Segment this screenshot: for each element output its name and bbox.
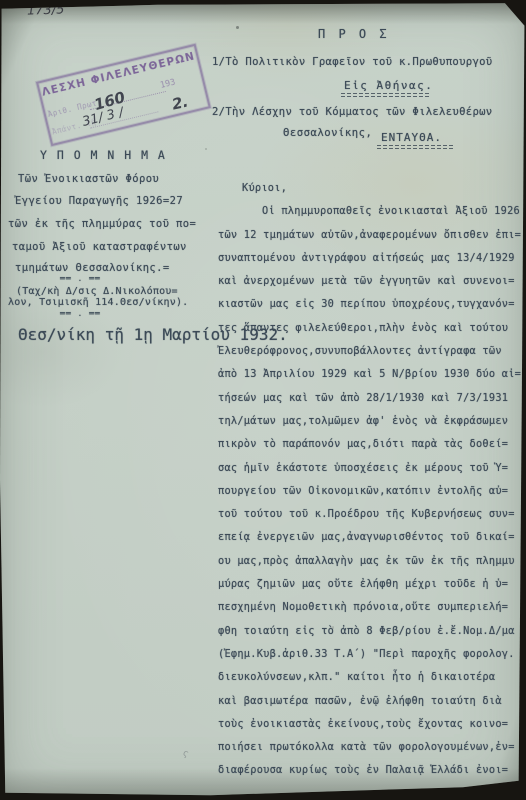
body-line: καὶ ἀνερχομένων μετὰ τῶν ἐγγυητῶν καὶ συ… xyxy=(218,275,524,298)
body-line: Οἱ πλημμυροπαθεῖς ἐνοικιασταὶ Ἀξιοῦ 1926 xyxy=(218,205,524,228)
body-line: ἀπὸ 13 Ἀπριλίου 1929 καὶ 5 Ν/βρίου 1930 … xyxy=(218,368,524,391)
pencil-mark: ς xyxy=(181,748,190,759)
memo-heading-line: ταμοῦ Ἀξιοῦ καταστραφέντων xyxy=(12,241,187,253)
memo-heading-line: Ἐγγείου Παραγωγῆς 1926=27 xyxy=(15,195,183,207)
addressee-heading: Π Ρ Ο Σ xyxy=(318,27,390,41)
body-line: τῶν 12 τμημάτων αὐτῶν,ἀναφερομένων ὄπισθ… xyxy=(218,229,524,252)
body-line: τηλ/μάτων μας,τολμῶμεν ἀφ' ἑνὸς νὰ ἐκφρά… xyxy=(218,415,524,438)
typed-divider: ══ . ══ xyxy=(60,274,101,283)
body-line: μύρας ζημιῶν μας οὔτε ἐλήφθη μέχρι τοῦδε… xyxy=(218,578,524,601)
addressee-1-place: Εἰς Ἀθήνας. xyxy=(344,79,433,92)
body-line: διαφέρουσα κυρίως τοὺς ἐν Παλαιᾷ Ἑλλάδι … xyxy=(218,764,524,787)
addressee-2: 2/Τὴν Λέσχην τοῦ Κόμματος τῶν Φιλελευθέρ… xyxy=(212,106,492,118)
underline xyxy=(341,93,429,99)
body-line: επείᾳ ἐνεργειῶν μας,ἀναγνωρισθέντος τοῦ … xyxy=(218,531,524,554)
body-line: φθη τοιαύτη εἰς τὸ ἀπὸ 8 Φεβ/ρίου ἐ.ἔ.Νο… xyxy=(218,625,524,648)
stamp-year-printed: 193 xyxy=(159,78,176,91)
typed-divider: ══ . ══ xyxy=(60,309,101,318)
underline xyxy=(377,145,453,151)
memo-heading-line: τμημάτων Θεσσαλονίκης.= xyxy=(15,262,170,274)
body-line: τες ἅπαντες φιλελεύθεροι,πλὴν ἑνὸς καὶ τ… xyxy=(218,322,524,345)
body-line: πικρὸν τὸ παράπονόν μας,διότι παρὰ τὰς δ… xyxy=(218,438,524,461)
body-line: πεσχημένη Νομοθετικὴ πρόνοια,οὔτε συμπερ… xyxy=(218,601,524,624)
body-line: τοῦ τούτου τοῦ κ.Προέδρου τῆς Κυβερνήσεω… xyxy=(218,508,524,531)
body-line: Ἐλευθερόφρονος,συνυποβάλλοντες ἀντίγραφα… xyxy=(218,345,524,368)
body-line: κιαστῶν μας εἰς 30 περίπου ὑποχρέους,τυγ… xyxy=(218,298,524,321)
addressee-2-city: Θεσσαλονίκης, xyxy=(283,127,372,139)
document-page: 173/5 ΛΕΣΧΗ ΦΙΛΕΛΕΥΘΕΡΩΝ Ἀριθ. Πρωτ. 193… xyxy=(0,0,526,800)
body-text-column: Κύριοι, Οἱ πλημμυροπαθεῖς ἐνοικιασταὶ Ἀξ… xyxy=(218,182,524,788)
memo-address-line: λον, Τσιμισκῆ 114.Θεσ/νίκην). xyxy=(8,297,188,308)
handwritten-file-number: 173/5 xyxy=(27,2,65,18)
body-line: συναπτομένου ἀντιγράφου αἰτήσεώς μας 13/… xyxy=(218,252,524,275)
body-line: καὶ βασιμωτέρα πασῶν, ἐνῷ ἐλήφθη τοιαύτη… xyxy=(218,695,524,718)
memo-heading-line: Τῶν Ἐνοικιαστῶν Φόρου xyxy=(18,173,159,185)
body-line: σας ἡμῖν ἑκάστοτε ὑποσχέσεις ἐκ μέρους τ… xyxy=(218,462,524,485)
body-line: πουργείου τῶν Οἰκονομικῶν,κατόπιν ἐντολῆ… xyxy=(218,485,524,508)
salutation: Κύριοι, xyxy=(218,182,524,205)
handwritten-year-digit: 2. xyxy=(170,93,190,114)
memo-address-line: (Ταχ/κὴ Δ/σις Δ.Νικολόπου= xyxy=(16,286,178,297)
ink-speck xyxy=(205,148,207,150)
body-line: τήσεών μας καὶ τῶν ἀπὸ 28/1/1930 καὶ 7/3… xyxy=(218,392,524,415)
ink-speck xyxy=(236,26,239,29)
ink-speck xyxy=(332,626,334,629)
body-line: τοὺς ἐνοικιαστὰς ἐκείνους,τοὺς ἔχοντας κ… xyxy=(218,718,524,741)
addressee-1: 1/Τὸ Πολιτικὸν Γραφεῖον τοῦ κ.Πρωθυπουργ… xyxy=(212,56,492,68)
body-line: (Ἐφημ.Κυβ.ἀριθ.33 Τ.Α΄) "Περὶ παροχῆς φο… xyxy=(218,648,524,671)
body-line: διευκολύνσεων,κλπ." καίτοι ἦτο ἡ δικαιοτ… xyxy=(218,671,524,694)
body-line: ποιήσει πρωτόκολλα κατὰ τῶν φορολογουμέν… xyxy=(218,741,524,764)
memo-heading-line: τῶν ἐκ τῆς πλημμύρας τοῦ πο= xyxy=(8,218,196,230)
memo-title: Υ Π Ο Μ Ν Η Μ Α xyxy=(40,148,166,162)
addressee-2-place: ΕΝΤΑΥΘΑ. xyxy=(381,131,442,144)
body-line: ου μας,πρὸς ἀπαλλαγὴν μας ἐκ τῶν ἐκ τῆς … xyxy=(218,555,524,578)
